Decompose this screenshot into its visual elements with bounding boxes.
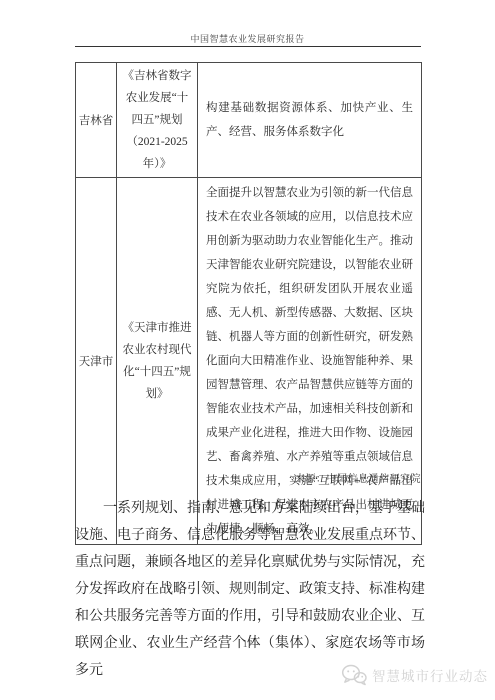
policy-title-cell: 《吉林省数字农业发展“十四五”规划（2021-2025年）》 bbox=[117, 63, 198, 178]
page-number: 17 bbox=[0, 640, 495, 650]
table-row: 吉林省 《吉林省数字农业发展“十四五”规划（2021-2025年）》 构建基础数… bbox=[76, 63, 422, 178]
wechat-icon bbox=[341, 664, 367, 686]
region-cell: 天津市 bbox=[76, 178, 117, 545]
document-page: 中国智慧农业发展研究报告 吉林省 《吉林省数字农业发展“十四五”规划（2021-… bbox=[0, 0, 495, 700]
header-rule bbox=[75, 46, 421, 47]
report-header-title: 中国智慧农业发展研究报告 bbox=[0, 32, 495, 45]
body-paragraph: 一系列规划、指南、意见和方案陆续出台，基于基础设施、电子商务、信息化服务等智慧农… bbox=[75, 495, 425, 684]
watermark-label: 智慧城市行业动态 bbox=[372, 665, 488, 685]
policy-content-cell: 全面提升以智慧农业为引领的新一代信息技术在农业各领域的应用，以信息技术应用创新为… bbox=[198, 178, 422, 545]
watermark: 智慧城市行业动态 bbox=[341, 664, 488, 686]
source-note: 来源：中国信息通信研究院 bbox=[295, 470, 421, 485]
region-cell: 吉林省 bbox=[76, 63, 117, 178]
policy-content-cell: 构建基础数据资源体系、加快产业、生产、经营、服务体系数字化 bbox=[198, 63, 422, 178]
table-row: 天津市 《天津市推进农业农村现代化“十四五”规划》 全面提升以智慧农业为引领的新… bbox=[76, 178, 422, 545]
policy-title-cell: 《天津市推进农业农村现代化“十四五”规划》 bbox=[117, 178, 198, 545]
